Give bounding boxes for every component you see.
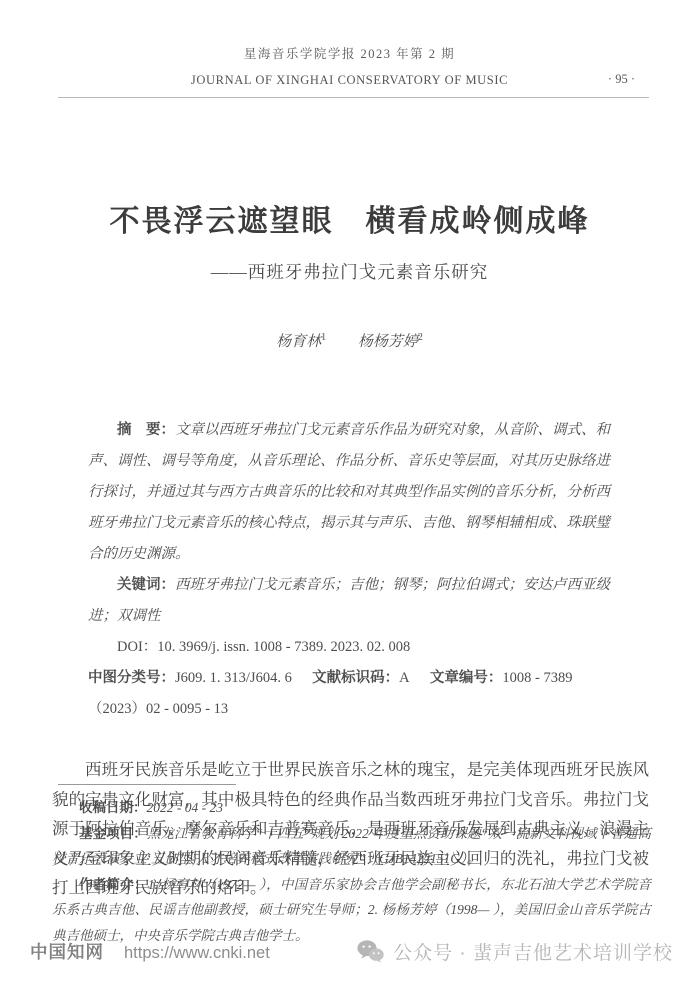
wechat-account-text: 公众号 · 蜚声吉他艺术培训学校: [393, 938, 673, 965]
abstract-paragraph: 摘 要：文章以西班牙弗拉门戈元素音乐作品为研究对象，从音阶、调式、和声、调性、调…: [88, 415, 615, 570]
journal-header: 星海音乐学院学报 2023 年第 2 期 JOURNAL OF XINGHAI …: [0, 0, 699, 98]
doi-label: DOI：: [117, 639, 157, 655]
author-bio-note: 作者简介：1. 杨育林（1972— ），中国音乐家协会吉他学会副秘书长，东北石油…: [52, 872, 651, 949]
author-1: 杨育林1: [276, 334, 326, 350]
footnote-divider: [58, 784, 236, 785]
doi-line: DOI：10. 3969/j. issn. 1008 - 7389. 2023.…: [88, 632, 615, 663]
author-bio-label: 作者简介：: [79, 877, 148, 892]
author-2-name: 杨杨芳婷: [358, 334, 418, 350]
author-2-affiliation-mark: 2: [418, 332, 423, 343]
wechat-watermark: 公众号 · 蜚声吉他艺术培训学校: [357, 938, 673, 965]
title-block: 不畏浮云遮望眼 横看成岭侧成峰 ——西班牙弗拉门戈元素音乐研究: [0, 202, 699, 284]
header-divider: [58, 97, 649, 98]
wechat-icon: [357, 940, 384, 963]
journal-header-row: JOURNAL OF XINGHAI CONSERVATORY OF MUSIC…: [0, 71, 699, 87]
doc-code-value: A: [399, 670, 409, 686]
author-2: 杨杨芳婷2: [358, 334, 423, 350]
cnki-group: 中国知网 https://www.cnki.net: [30, 939, 270, 964]
clc-label: 中图分类号：: [88, 670, 175, 686]
author-1-affiliation-mark: 1: [321, 332, 326, 343]
doc-code-label: 文献标识码：: [312, 670, 399, 686]
article-subtitle: ——西班牙弗拉门戈元素音乐研究: [0, 259, 699, 284]
keywords-paragraph: 关键词：西班牙弗拉门戈元素音乐；吉他；钢琴；阿拉伯调式；安达卢西亚级进；双调性: [88, 570, 615, 632]
abstract-label: 摘 要：: [117, 422, 175, 438]
abstract-block: 摘 要：文章以西班牙弗拉门戈元素音乐作品为研究对象，从音阶、调式、和声、调性、调…: [88, 415, 615, 725]
received-date-label: 收稿日期：: [79, 800, 147, 815]
page-number: · 95 ·: [608, 72, 635, 87]
fund-project-note: 基金项目：黑龙江省教育科学“十四五”规划 2022 年度重点资助课题“双一流新文…: [52, 821, 651, 872]
cnki-url-link[interactable]: https://www.cnki.net: [124, 944, 270, 963]
authors-line: 杨育林1 杨杨芳婷2: [0, 330, 699, 351]
journal-name-en: JOURNAL OF XINGHAI CONSERVATORY OF MUSIC: [191, 73, 508, 87]
article-id-label: 文章编号：: [430, 670, 503, 686]
fund-project-label: 基金项目：: [79, 826, 147, 841]
journal-page: 星海音乐学院学报 2023 年第 2 期 JOURNAL OF XINGHAI …: [0, 0, 699, 983]
received-date-value: 2022 - 04 - 23: [147, 800, 224, 815]
classification-line: 中图分类号：J609. 1. 313/J604. 6文献标识码：A文章编号：10…: [88, 663, 615, 725]
author-1-name: 杨育林: [276, 334, 321, 350]
bottom-bar: 中国知网 https://www.cnki.net 公众号 · 蜚声吉他艺术培训…: [30, 938, 673, 965]
article-title: 不畏浮云遮望眼 横看成岭侧成峰: [0, 202, 699, 242]
clc-value: J609. 1. 313/J604. 6: [175, 670, 292, 686]
doi-value: 10. 3969/j. issn. 1008 - 7389. 2023. 02.…: [157, 639, 410, 655]
received-date-note: 收稿日期：2022 - 04 - 23: [52, 795, 651, 821]
footnote-block: 收稿日期：2022 - 04 - 23 基金项目：黑龙江省教育科学“十四五”规划…: [52, 784, 651, 948]
journal-name-cn: 星海音乐学院学报 2023 年第 2 期: [0, 44, 699, 62]
abstract-text: 文章以西班牙弗拉门戈元素音乐作品为研究对象，从音阶、调式、和声、调性、调号等角度…: [88, 422, 610, 562]
cnki-logo-text: 中国知网: [30, 939, 104, 964]
keywords-label: 关键词：: [117, 577, 175, 593]
